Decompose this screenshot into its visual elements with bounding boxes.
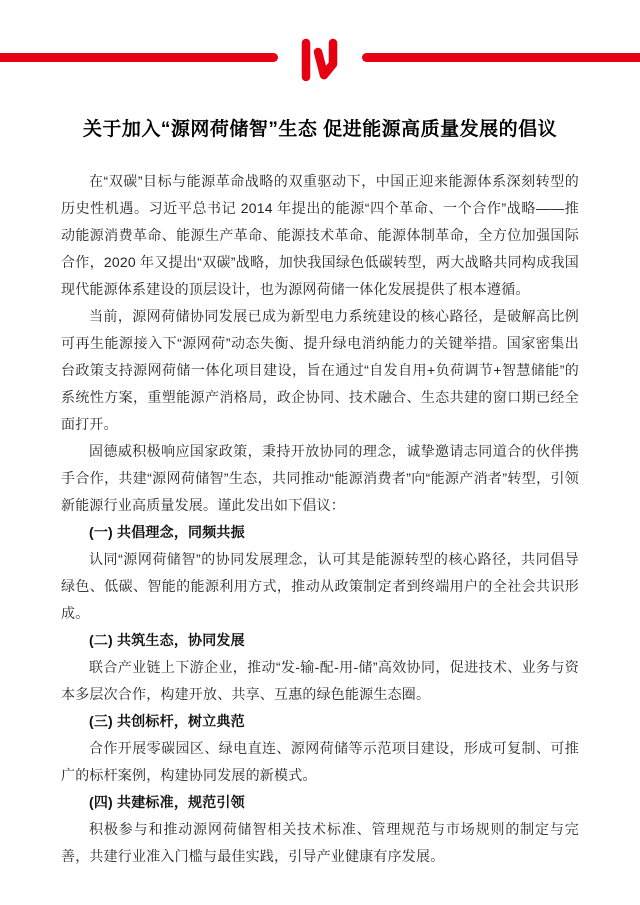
brand-logo-w-icon <box>298 38 342 82</box>
heading-initiative-4: (四) 共建标准，规范引领 <box>61 789 579 816</box>
w-mark-strokes <box>306 43 333 77</box>
document-body: 在“双碳”目标与能源革命战略的双重驱动下，中国正迎来能源体系深刻转型的历史性机遇… <box>61 168 579 870</box>
paragraph-initiative-1: 认同“源网荷储智”的协同发展理念，认可其是能源转型的核心路径，共同倡导绿色、低碳… <box>61 546 579 627</box>
document-title: 关于加入“源网荷储智”生态 促进能源高质量发展的倡议 <box>48 118 592 142</box>
paragraph-context: 当前，源网荷储协同发展已成为新型电力系统建设的核心路径，是破解高比例可再生能源接… <box>61 303 579 438</box>
paragraph-initiative-2: 联合产业链上下游企业，推动“发-输-配-用-储”高效协同，促进技术、业务与资本多… <box>61 654 579 708</box>
paragraph-invitation: 固德威积极响应国家政策，秉持开放协同的理念，诚挚邀请志同道合的伙伴携手合作，共建… <box>61 438 579 519</box>
heading-initiative-1: (一) 共倡理念，同频共振 <box>61 519 579 546</box>
paragraph-initiative-3: 合作开展零碳园区、绿电直连、源网荷储等示范项目建设，形成可复制、可推广的标杆案例… <box>61 735 579 789</box>
heading-initiative-2: (二) 共筑生态，协同发展 <box>61 627 579 654</box>
header-rule-right <box>362 53 640 62</box>
heading-initiative-3: (三) 共创标杆，树立典范 <box>61 708 579 735</box>
paragraph-intro: 在“双碳”目标与能源革命战略的双重驱动下，中国正迎来能源体系深刻转型的历史性机遇… <box>61 168 579 303</box>
paragraph-initiative-4: 积极参与和推动源网荷储智相关技术标准、管理规范与市场规则的制定与完善，共建行业准… <box>61 816 579 870</box>
header-rule-left <box>0 53 278 62</box>
document: 关于加入“源网荷储智”生态 促进能源高质量发展的倡议 在“双碳”目标与能源革命战… <box>0 118 640 870</box>
page: { "brand": { "color": "#E60012", "logo":… <box>0 0 640 905</box>
header <box>0 0 640 82</box>
